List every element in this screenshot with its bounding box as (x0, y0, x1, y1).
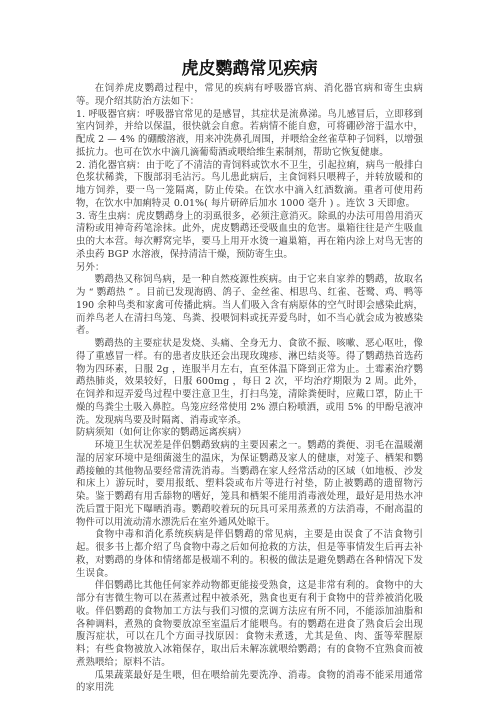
paragraph-additionally: 另外： (76, 262, 423, 275)
section-heading-prevention: 防病须知（如何让你家的鹦鹉远离疾病） (76, 427, 423, 440)
paragraph-food-poisoning: 食物中毒和消化系统疾病是伴侣鹦鹉的常见病，主要是由误食了不洁食物引起。很多书上都… (76, 529, 423, 580)
paragraph-parasitic-disease: 3. 寄生虫病：虎皮鹦鹉身上的羽虱很多，必须注意消灭。除虱的办法可用兽用消灭清粉… (76, 211, 423, 262)
paragraph-intro: 在饲养虎皮鹦鹉过程中，常见的疾病有呼吸器官病、消化器官病和寄生虫病等。现介绍其防… (76, 83, 423, 109)
paragraph-respiratory-disease: 1. 呼吸器官病：呼吸器官常见的是感冒，其症状是流鼻涕。鸟儿感冒后，立即移到室内… (76, 109, 423, 160)
paragraph-fruits-vegetables: 瓜果蔬菜最好是生喂，但在喂给前先要洗净、消毒。食物的消毒不能采用通常的家用洗 (76, 670, 423, 696)
document-title: 虎皮鹦鹉常见疾病 (76, 58, 423, 80)
document-page: 虎皮鹦鹉常见疾病 在饲养虎皮鹦鹉过程中，常见的疾病有呼吸器官病、消化器官病和寄生… (76, 58, 423, 695)
paragraph-hygiene: 环境卫生状况差是伴侣鹦鹉致病的主要因素之一。鹦鹉的粪便、羽毛在温暖潮湿的居家环境… (76, 440, 423, 529)
paragraph-digestive-disease: 2. 消化器官病：由于吃了不清洁的青饲料或饮水不卫生，引起拉痢，病鸟一般排白色浆… (76, 160, 423, 211)
paragraph-psittacosis-intro: 鹦鹉热又称饲鸟病，是一种自然疫源性疾病。由于它来自家养的鹦鹉，故取名为 “ 鹦鹉… (76, 274, 423, 338)
paragraph-psittacosis-symptoms: 鹦鹉热的主要症状是发烧、头痛、全身无力、食欲不振、咳嗽、恶心呕吐，像得了重感冒一… (76, 338, 423, 427)
paragraph-cooked-food: 伴侣鹦鹉比其他任何家养动物都更能接受熟食，这是非常有利的。食物中的大部分有害微生… (76, 580, 423, 669)
